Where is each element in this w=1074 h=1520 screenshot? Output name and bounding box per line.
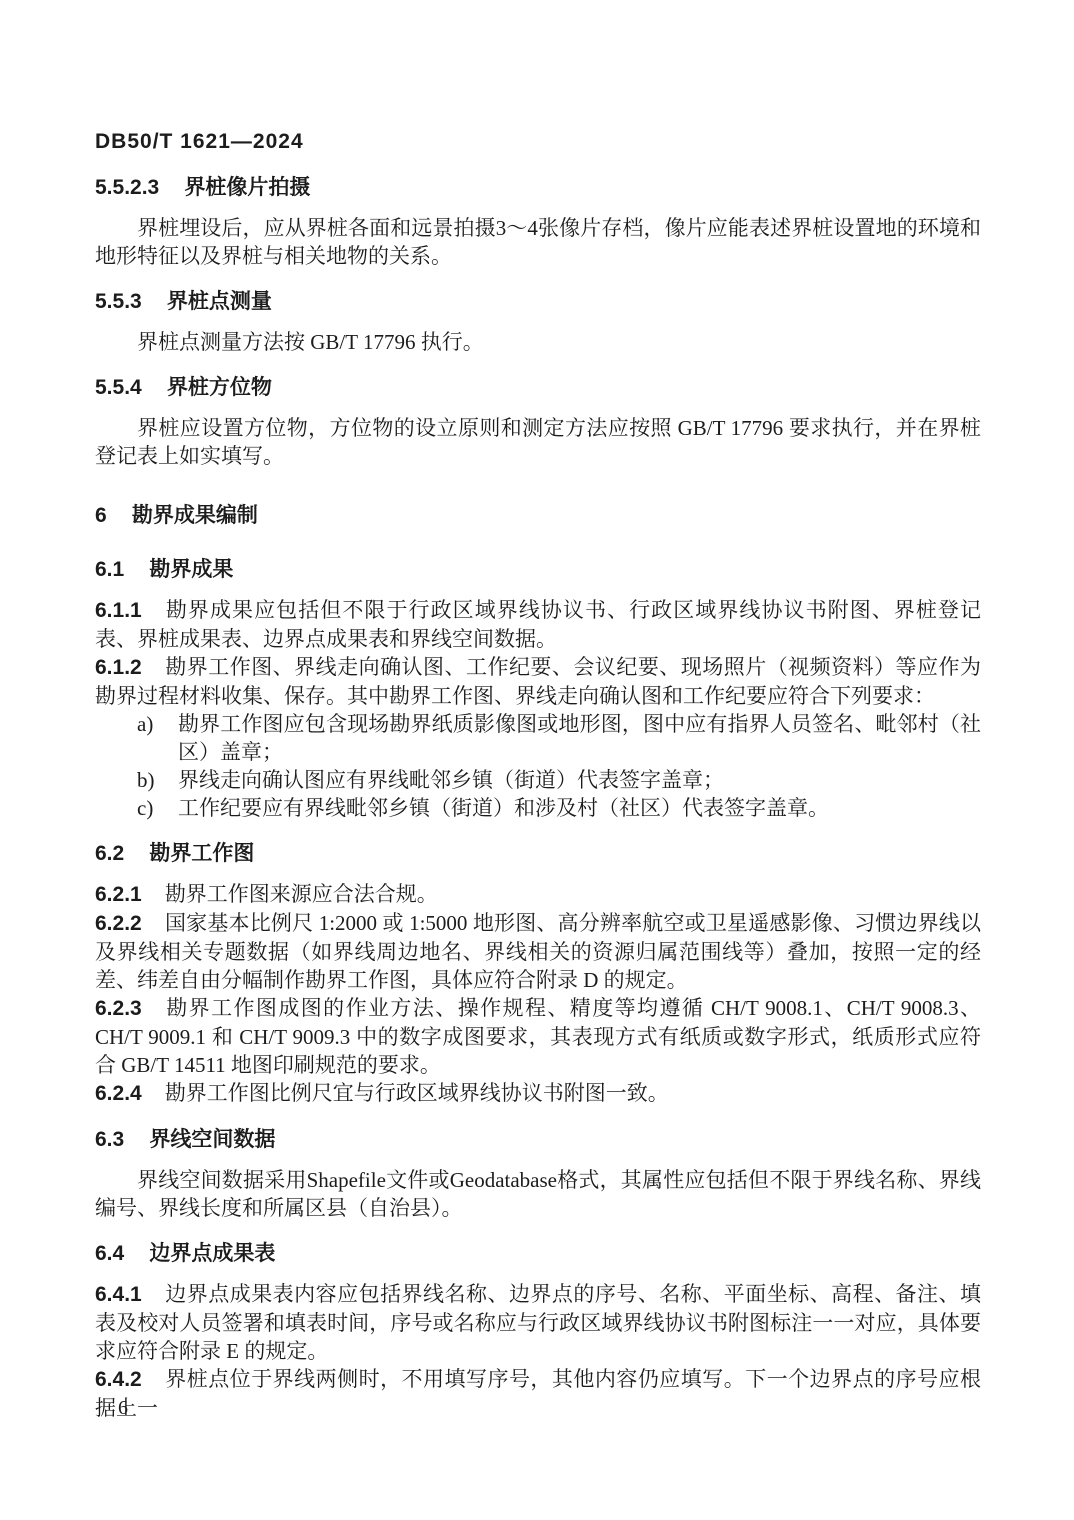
heading-6-2: 6.2勘界工作图 xyxy=(95,840,981,868)
clause-text: 勘界工作图成图的作业方法、操作规程、精度等均遵循 CH/T 9008.1、CH/… xyxy=(95,996,981,1077)
heading-5-5-3: 5.5.3界桩点测量 xyxy=(95,288,981,316)
clause-title: 界桩方位物 xyxy=(167,376,272,399)
paragraph-boundary-spatial-data: 界线空间数据采用Shapefile文件或Geodatabase格式，其属性应包括… xyxy=(95,1166,981,1222)
clause-title: 界线空间数据 xyxy=(149,1128,275,1151)
clause-number: 6.2.4 xyxy=(95,1082,142,1105)
clause-text: 边界点成果表内容应包括界线名称、边界点的序号、名称、平面坐标、高程、备注、填表及… xyxy=(95,1282,981,1363)
list-marker: b) xyxy=(137,766,178,794)
clause-number: 6.2.1 xyxy=(95,883,142,906)
list-marker: c) xyxy=(137,794,178,822)
page-header: DB50/T 1621—2024 xyxy=(95,128,981,156)
clause-title: 勘界工作图 xyxy=(149,842,254,865)
clause-number: 5.5.4 xyxy=(95,376,142,399)
chapter-title: 勘界成果编制 xyxy=(132,504,258,527)
clause-title: 边界点成果表 xyxy=(149,1242,275,1265)
clause-6-2-3: 6.2.3勘界工作图成图的作业方法、操作规程、精度等均遵循 CH/T 9008.… xyxy=(95,994,981,1079)
clause-number: 6.3 xyxy=(95,1128,124,1151)
clause-title: 界桩点测量 xyxy=(167,290,272,313)
clause-number: 6.4 xyxy=(95,1242,124,1265)
list-item-b: b) 界线走向确认图应有界线毗邻乡镇（街道）代表签字盖章； xyxy=(137,766,981,794)
paragraph-marker-point-survey: 界桩点测量方法按 GB/T 17796 执行。 xyxy=(95,328,981,356)
heading-6-3: 6.3界线空间数据 xyxy=(95,1126,981,1154)
page-footer: 6 xyxy=(118,1396,128,1420)
document-page: DB50/T 1621—2024 5.5.2.3界桩像片拍摄 界桩埋设后，应从界… xyxy=(0,0,1074,1520)
clause-text: 勘界成果应包括但不限于行政区域界线协议书、行政区域界线协议书附图、界桩登记表、界… xyxy=(95,598,981,651)
clause-6-2-2: 6.2.2国家基本比例尺 1:2000 或 1:5000 地形图、高分辨率航空或… xyxy=(95,909,981,994)
list-item-text: 勘界工作图应包含现场勘界纸质影像图或地形图，图中应有指界人员签名、毗邻村（社区）… xyxy=(178,710,981,766)
chapter-number: 6 xyxy=(95,504,107,527)
clause-6-1-2: 6.1.2勘界工作图、界线走向确认图、工作纪要、会议纪要、现场照片（视频资料）等… xyxy=(95,653,981,710)
clause-6-4-2: 6.4.2界桩点位于界线两侧时，不用填写序号，其他内容仍应填写。下一个边界点的序… xyxy=(95,1365,981,1422)
clause-6-1-1: 6.1.1勘界成果应包括但不限于行政区域界线协议书、行政区域界线协议书附图、界桩… xyxy=(95,596,981,653)
list-marker: a) xyxy=(137,710,178,766)
heading-5-5-4: 5.5.4界桩方位物 xyxy=(95,374,981,402)
clause-number: 5.5.3 xyxy=(95,290,142,313)
clause-number: 6.2.2 xyxy=(95,912,142,935)
clause-title: 界桩像片拍摄 xyxy=(184,176,310,199)
heading-chapter-6: 6勘界成果编制 xyxy=(95,502,981,530)
list-item-c: c) 工作纪要应有界线毗邻乡镇（街道）和涉及村（社区）代表签字盖章。 xyxy=(137,794,981,822)
clause-number: 6.2.3 xyxy=(95,997,142,1020)
clause-text: 勘界工作图来源应合法合规。 xyxy=(165,882,438,906)
list-item-a: a) 勘界工作图应包含现场勘界纸质影像图或地形图，图中应有指界人员签名、毗邻村（… xyxy=(137,710,981,766)
clause-number: 6.2 xyxy=(95,842,124,865)
heading-6-1: 6.1勘界成果 xyxy=(95,556,981,584)
list-item-text: 工作纪要应有界线毗邻乡镇（街道）和涉及村（社区）代表签字盖章。 xyxy=(178,794,981,822)
clause-number: 6.1.1 xyxy=(95,599,142,622)
clause-6-4-1: 6.4.1边界点成果表内容应包括界线名称、边界点的序号、名称、平面坐标、高程、备… xyxy=(95,1280,981,1365)
clause-number: 6.1.2 xyxy=(95,656,142,679)
paragraph-boundary-marker-photos: 界桩埋设后，应从界桩各面和远景拍摄3～4张像片存档，像片应能表述界桩设置地的环境… xyxy=(95,214,981,270)
clause-text: 国家基本比例尺 1:2000 或 1:5000 地形图、高分辨率航空或卫星遥感影… xyxy=(95,911,981,992)
paragraph-marker-reference-objects: 界桩应设置方位物，方位物的设立原则和测定方法应按照 GB/T 17796 要求执… xyxy=(95,414,981,470)
clause-title: 勘界成果 xyxy=(149,558,233,581)
clause-6-2-4: 6.2.4勘界工作图比例尺宜与行政区域界线协议书附图一致。 xyxy=(95,1079,981,1108)
clause-number: 6.1 xyxy=(95,558,124,581)
page-number: 6 xyxy=(118,1397,128,1419)
clause-text: 界桩点位于界线两侧时，不用填写序号，其他内容仍应填写。下一个边界点的序号应根据上… xyxy=(95,1367,981,1420)
document-content: DB50/T 1621—2024 5.5.2.3界桩像片拍摄 界桩埋设后，应从界… xyxy=(95,0,981,1422)
clause-text: 勘界工作图、界线走向确认图、工作纪要、会议纪要、现场照片（视频资料）等应作为勘界… xyxy=(95,655,981,708)
heading-6-4: 6.4边界点成果表 xyxy=(95,1240,981,1268)
list-item-text: 界线走向确认图应有界线毗邻乡镇（街道）代表签字盖章； xyxy=(178,766,981,794)
heading-5-5-2-3: 5.5.2.3界桩像片拍摄 xyxy=(95,174,981,202)
doc-number: DB50/T 1621—2024 xyxy=(95,130,304,153)
clause-number: 5.5.2.3 xyxy=(95,176,159,199)
clause-text: 勘界工作图比例尺宜与行政区域界线协议书附图一致。 xyxy=(165,1081,669,1105)
clause-6-2-1: 6.2.1勘界工作图来源应合法合规。 xyxy=(95,880,981,909)
clause-number: 6.4.1 xyxy=(95,1283,142,1306)
clause-number: 6.4.2 xyxy=(95,1368,142,1391)
